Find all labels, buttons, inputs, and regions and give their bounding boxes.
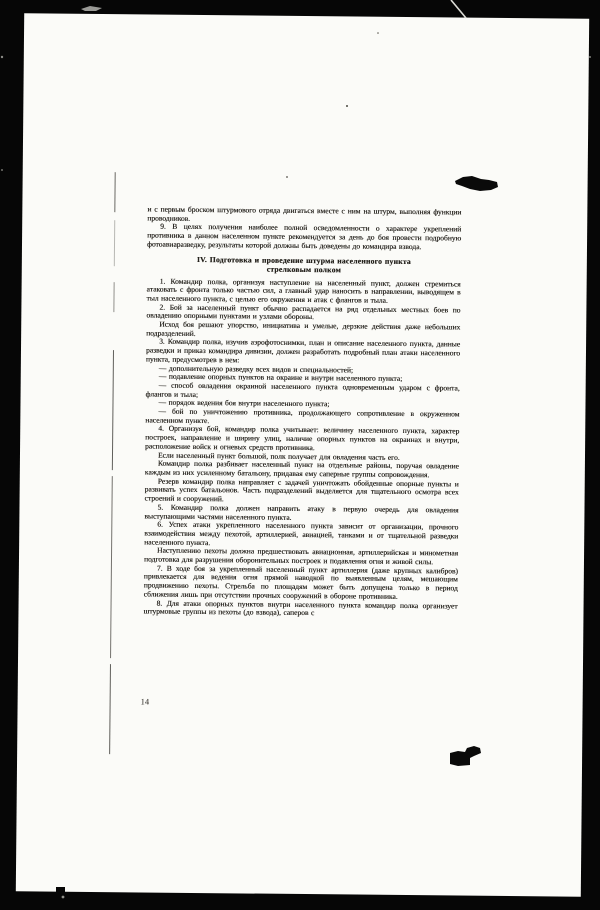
margin-speck-icon [1,169,3,171]
paragraph: 3. Командир полка, изучив аэрофотоснимки… [146,338,460,367]
section-heading-line2: стрелковым полком [147,264,461,277]
page-number: 14 [141,696,150,706]
margin-speck-icon [589,56,591,58]
scanned-page: и с первым броском штурмового отряда дви… [16,13,589,896]
fold-crease-line [114,220,115,266]
paragraph: 8. Для атаки опорных пунктов внутри насе… [143,599,457,619]
paragraph: 4. Организуя бой, командир полка учитыва… [145,425,459,454]
paragraph: Резерв командир полка направляет с задач… [145,477,459,506]
paragraph: 9. В целях получения наиболее полной осв… [147,223,461,252]
band-scratch-icon [81,6,102,11]
crease-highlight-icon [451,0,466,18]
section-heading: IV. Подготовка и проведение штурма насел… [147,254,461,276]
scan-background: и с первым броском штурмового отряда дви… [0,0,600,910]
paragraph: 7. В ходе боя за укрепленный населенный … [144,564,458,602]
fold-crease-line [114,172,115,212]
fold-crease-line [110,476,113,658]
fold-crease-line [109,664,111,754]
text-column: и с первым броском штурмового отряда дви… [143,205,461,619]
paragraph: 1. Командир полка, организуя наступление… [146,277,460,306]
fold-crease-line [113,282,114,312]
fold-crease-line [112,350,114,470]
margin-speck-icon [1,56,3,58]
margin-speck-icon [62,896,65,899]
